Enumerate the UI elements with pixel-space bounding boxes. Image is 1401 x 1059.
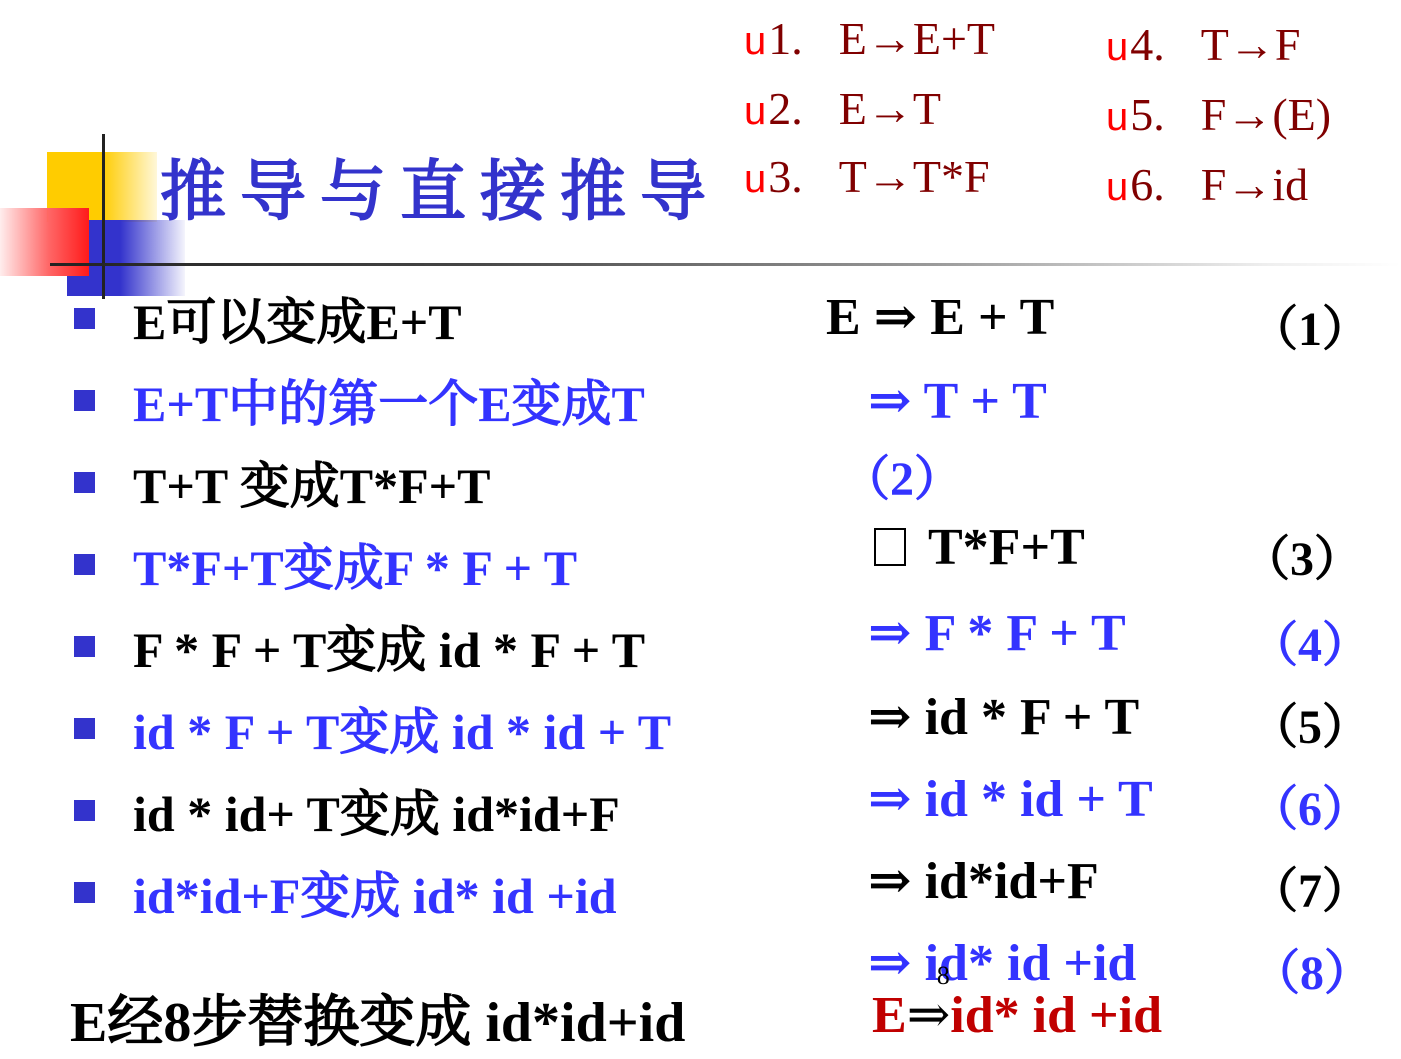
bullet-item-2: E+T中的第一个E变成T — [74, 370, 645, 430]
final-lhs: E — [872, 987, 907, 1044]
derives-arrow-icon: ⇒ — [868, 605, 912, 662]
title-divider — [50, 263, 1401, 266]
derivation-step-4: ⇒ F * F + T — [868, 602, 1126, 663]
production-marker: u — [744, 19, 766, 63]
bullet-text: F * F + T变成 id * F + T — [133, 610, 645, 682]
production-number: 1. — [768, 13, 803, 64]
bullet-text: id * id+ T变成 id*id+F — [133, 774, 620, 846]
bullet-item-1: E可以变成E+T — [74, 288, 462, 348]
step-number-2: （2） — [842, 440, 962, 509]
bullet-square-icon — [74, 882, 95, 903]
bullet-item-8: id*id+F变成 id* id +id — [74, 862, 617, 922]
production-marker: u — [1106, 95, 1128, 139]
bullet-square-icon — [74, 554, 95, 575]
bullet-text: E+T中的第一个E变成T — [133, 364, 645, 436]
production-rule: E→E+T — [839, 13, 995, 64]
derives-arrow-icon: ⇒ — [868, 853, 912, 910]
step-number-6: （6） — [1250, 770, 1370, 839]
derivation-prefix: E ⇒ — [826, 289, 917, 346]
production-2: u2.E→T — [744, 82, 941, 135]
derivation-step-5: ⇒ id * F + T — [868, 686, 1139, 747]
step-number-5: （5） — [1250, 688, 1370, 757]
derivation-expression: id*id+F — [925, 853, 1099, 910]
final-arrow: ⇒ — [907, 987, 951, 1044]
bullet-item-7: id * id+ T变成 id*id+F — [74, 780, 620, 840]
bullet-square-icon — [74, 800, 95, 821]
production-1: u1.E→E+T — [744, 12, 995, 65]
bullet-text: T*F+T变成F * F + T — [133, 528, 577, 600]
bullet-item-3: T+T 变成T*F+T — [74, 452, 491, 512]
production-rule: F→(E) — [1201, 89, 1331, 140]
production-number: 6. — [1130, 159, 1165, 210]
derives-arrow-icon: ⇒8 — [907, 987, 951, 1044]
final-rhs: id* id +id — [950, 987, 1162, 1044]
summary-text: E经8步替换变成 id*id+id — [70, 978, 685, 1058]
derivation-expression: id * id + T — [925, 771, 1153, 828]
production-rule: T→T*F — [839, 151, 990, 202]
derives-arrow-icon: ⇒ — [868, 689, 912, 746]
step-number-3: （3） — [1242, 520, 1362, 589]
bullet-square-icon — [74, 308, 95, 329]
production-5: u5.F→(E) — [1106, 88, 1331, 141]
bullet-item-5: F * F + T变成 id * F + T — [74, 616, 645, 676]
step-number-1: （1） — [1250, 290, 1370, 359]
derives-arrow-icon: ⇒ — [868, 771, 912, 828]
production-marker: u — [1106, 165, 1128, 209]
production-number: 3. — [768, 151, 803, 202]
derivation-step-8: ⇒ id* id +id — [868, 932, 1136, 993]
missing-glyph-box-icon — [874, 528, 906, 566]
production-number: 2. — [768, 83, 803, 134]
derivation-step-3: T*F+T — [874, 518, 1085, 577]
final-derivation: E⇒8id* id +id — [872, 985, 1162, 1045]
step-number-8: （8） — [1252, 934, 1372, 1003]
bullet-square-icon — [74, 472, 95, 493]
bullet-square-icon — [74, 718, 95, 739]
derivation-expression: T + T — [924, 373, 1047, 430]
production-marker: u — [744, 89, 766, 133]
production-3: u3.T→T*F — [744, 150, 990, 203]
derivation-step-6: ⇒ id * id + T — [868, 768, 1153, 829]
derives-arrow-icon: ⇒ — [868, 935, 912, 992]
bullet-text: id*id+F变成 id* id +id — [133, 856, 617, 928]
step-count-superscript: 8 — [937, 961, 950, 991]
step-number-4: （4） — [1250, 606, 1370, 675]
production-number: 4. — [1130, 19, 1165, 70]
derivation-expression: id * F + T — [925, 689, 1140, 746]
bullet-square-icon — [74, 390, 95, 411]
production-marker: u — [744, 157, 766, 201]
production-rule: F→id — [1201, 159, 1308, 210]
derives-arrow-icon: ⇒ — [868, 373, 912, 430]
derivation-step-2: ⇒ T + T — [868, 370, 1047, 431]
production-rule: E→T — [839, 83, 941, 134]
production-number: 5. — [1130, 89, 1165, 140]
slide-title: 推导与直接推导 — [160, 138, 720, 233]
bullet-text: id * F + T变成 id * id + T — [133, 692, 671, 764]
derivation-expression: T*F+T — [928, 519, 1085, 576]
production-rule: T→F — [1201, 19, 1301, 70]
bullet-item-4: T*F+T变成F * F + T — [74, 534, 577, 594]
derivation-step-7: ⇒ id*id+F — [868, 850, 1099, 911]
derivation-expression: F * F + T — [925, 605, 1126, 662]
step-number-7: （7） — [1250, 852, 1370, 921]
bullet-square-icon — [74, 636, 95, 657]
bullet-item-6: id * F + T变成 id * id + T — [74, 698, 671, 758]
production-marker: u — [1106, 25, 1128, 69]
derivation-expression: E + T — [930, 289, 1054, 346]
production-4: u4.T→F — [1106, 18, 1300, 71]
decor-vertical-line — [102, 134, 105, 299]
bullet-text: T+T 变成T*F+T — [133, 446, 491, 518]
bullet-text: E可以变成E+T — [133, 282, 462, 354]
derivation-step-1: E ⇒ E + T — [826, 286, 1054, 347]
production-6: u6.F→id — [1106, 158, 1308, 211]
derivation-expression: id* id +id — [925, 935, 1137, 992]
